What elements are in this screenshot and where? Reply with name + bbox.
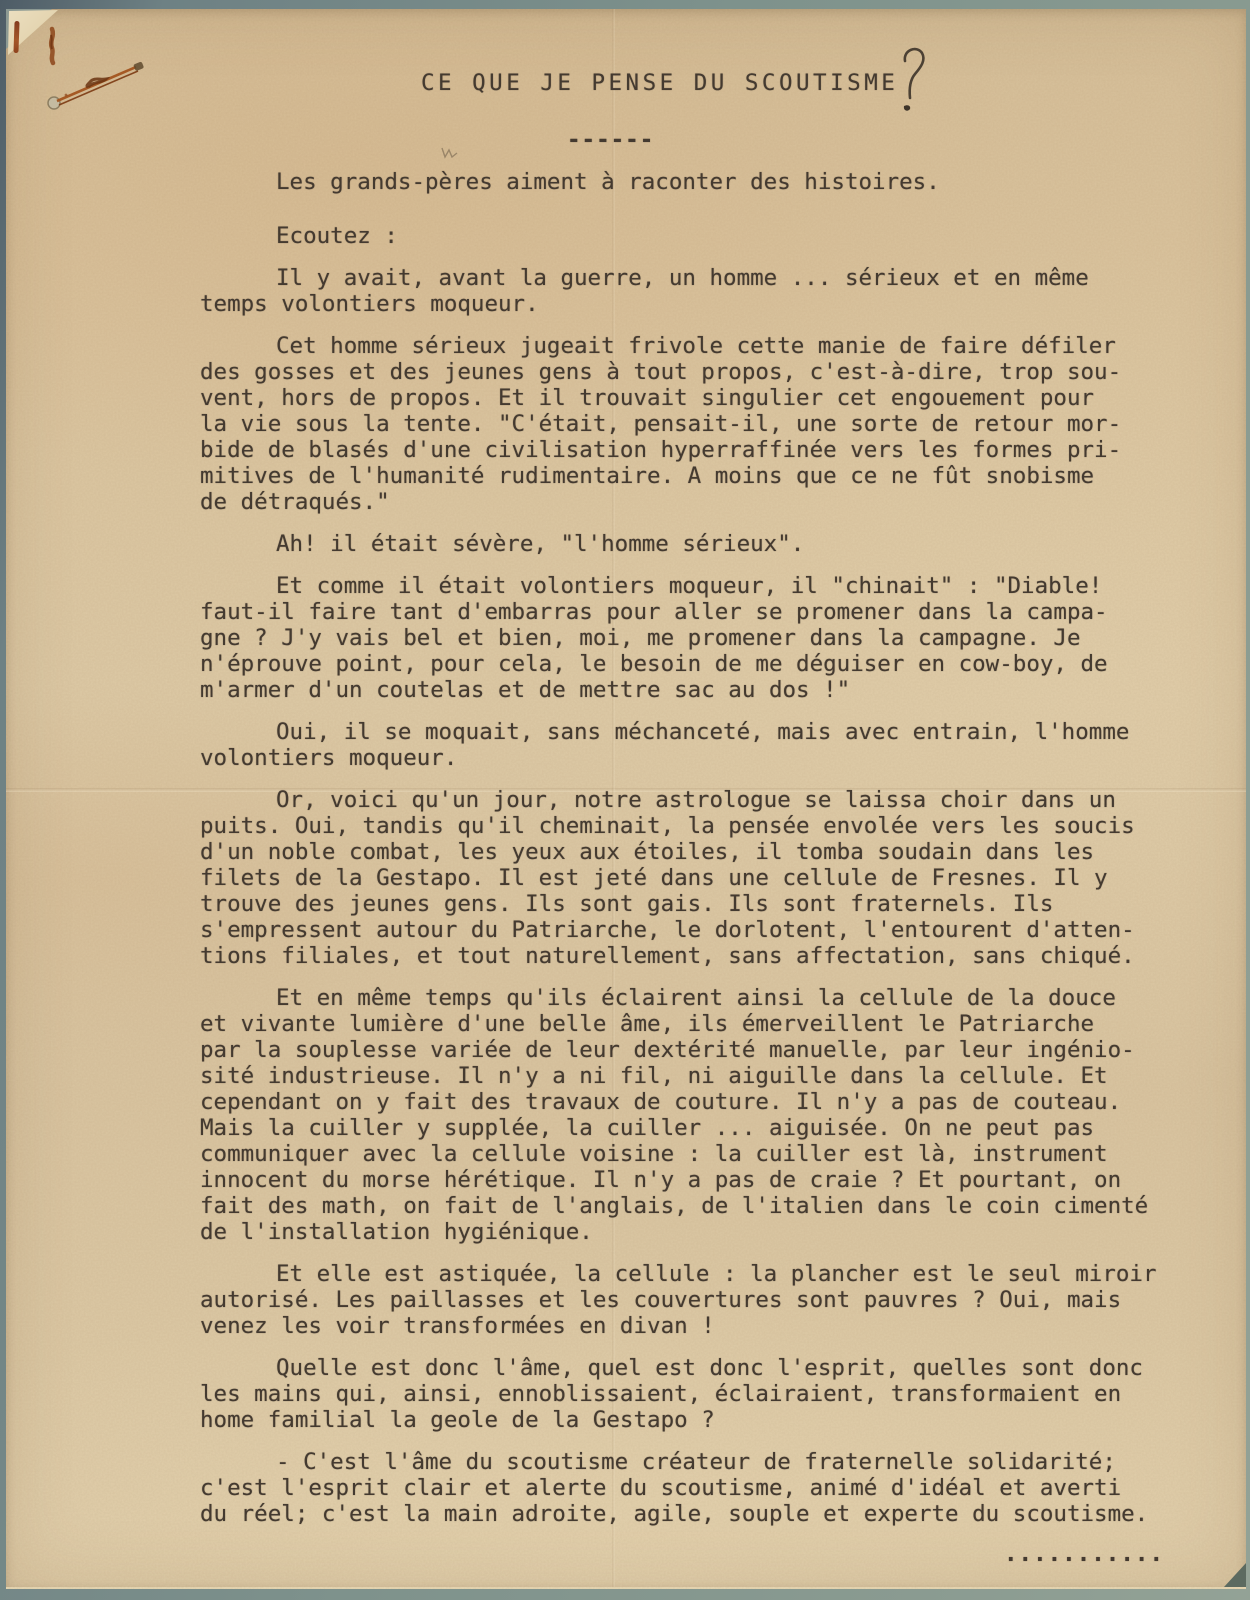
typed-line: du réel; c'est la main adroite, agile, s…	[200, 1501, 1218, 1527]
paragraph: Cet homme sérieux jugeait frivole cette …	[200, 333, 1218, 515]
typed-line: Les grands-pères aiment à raconter des h…	[200, 169, 1218, 195]
typed-line: Et comme il était volontiers moqueur, il…	[200, 573, 1218, 599]
typed-line: gne ? J'y vais bel et bien, moi, me prom…	[200, 625, 1218, 651]
typed-line: m'armer d'un coutelas et de mettre sac a…	[200, 677, 1218, 703]
typed-line: mitives de l'humanité rudimentaire. A mo…	[200, 463, 1218, 489]
typed-line: d'un noble combat, les yeux aux étoiles,…	[200, 839, 1218, 865]
closing-ellipsis: ...........	[6, 1541, 1246, 1567]
typed-line: sité industrieuse. Il n'y a ni fil, ni a…	[200, 1063, 1218, 1089]
typed-line: vent, hors de propos. Et il trouvait sin…	[200, 385, 1218, 411]
typed-line: faut-il faire tant d'embarras pour aller…	[200, 599, 1218, 625]
typed-line: Cet homme sérieux jugeait frivole cette …	[200, 333, 1218, 359]
typed-line: volontiers moqueur.	[200, 745, 1218, 771]
typed-line: Il y avait, avant la guerre, un homme ..…	[200, 265, 1218, 291]
typed-line: temps volontiers moqueur.	[200, 291, 1218, 317]
paragraph: - C'est l'âme du scoutisme créateur de f…	[200, 1449, 1218, 1527]
typed-line: Mais la cuiller y supplée, la cuiller ..…	[200, 1115, 1218, 1141]
paragraph: Et en même temps qu'ils éclairent ainsi …	[200, 985, 1218, 1245]
typed-line: de l'installation hygiénique.	[200, 1219, 1218, 1245]
typed-line: Ah! il était sévère, "l'homme sérieux".	[200, 531, 1218, 557]
typed-line: la vie sous la tente. "C'était, pensait-…	[200, 411, 1218, 437]
typed-line: venez les voir transformées en divan !	[200, 1313, 1218, 1339]
typed-line: n'éprouve point, pour cela, le besoin de…	[200, 651, 1218, 677]
typed-line: bide de blasés d'une civilisation hyperr…	[200, 437, 1218, 463]
typed-line: trouve des jeunes gens. Ils sont gais. I…	[200, 891, 1218, 917]
typed-document: CE QUE JE PENSE DU SCOUTISME ------ Les …	[6, 9, 1246, 1587]
scanned-document-page: { "document": { "title": "CE QUE JE PENS…	[0, 0, 1250, 1600]
document-body: Les grands-pères aiment à raconter des h…	[6, 169, 1246, 1527]
typed-line: home familial la geole de la Gestapo ?	[200, 1407, 1218, 1433]
paragraph: Les grands-pères aiment à raconter des h…	[200, 169, 1218, 195]
paragraph: Quelle est donc l'âme, quel est donc l'e…	[200, 1355, 1218, 1433]
typed-line: s'empressent autour du Patriarche, le do…	[200, 917, 1218, 943]
typed-line: autorisé. Les paillasses et les couvertu…	[200, 1287, 1218, 1313]
typed-line: fait des math, on fait de l'anglais, de …	[200, 1193, 1218, 1219]
typed-line: - C'est l'âme du scoutisme créateur de f…	[200, 1449, 1218, 1475]
typed-line: Et en même temps qu'ils éclairent ainsi …	[200, 985, 1218, 1011]
typed-line: Et elle est astiquée, la cellule : la pl…	[200, 1261, 1218, 1287]
typed-line: innocent du morse hérétique. Il n'y a pa…	[200, 1167, 1218, 1193]
typed-line: cependant on y fait des travaux de coutu…	[200, 1089, 1218, 1115]
paper-sheet: ? CE QUE JE PENSE DU SCOUTISME ------ Le…	[6, 9, 1246, 1589]
title-separator-dashes: ------	[567, 127, 1246, 153]
typed-line: puits. Oui, tandis qu'il cheminait, la p…	[200, 813, 1218, 839]
typed-line: communiquer avec la cellule voisine : la…	[200, 1141, 1218, 1167]
typed-line: de détraqués."	[200, 489, 1218, 515]
typed-line: c'est l'esprit clair et alerte du scouti…	[200, 1475, 1218, 1501]
paragraph: Il y avait, avant la guerre, un homme ..…	[200, 265, 1218, 317]
typed-line: Or, voici qu'un jour, notre astrologue s…	[200, 787, 1218, 813]
typed-line: filets de la Gestapo. Il est jeté dans u…	[200, 865, 1218, 891]
paragraph: Et elle est astiquée, la cellule : la pl…	[200, 1261, 1218, 1339]
typed-line: et vivante lumière d'une belle âme, ils …	[200, 1011, 1218, 1037]
document-title: CE QUE JE PENSE DU SCOUTISME	[421, 70, 898, 96]
paragraph: Ecoutez :	[200, 223, 1218, 249]
paragraph: Or, voici qu'un jour, notre astrologue s…	[200, 787, 1218, 969]
typed-line: Ecoutez :	[200, 223, 1218, 249]
paragraph: Et comme il était volontiers moqueur, il…	[200, 573, 1218, 703]
typed-line: tions filiales, et tout naturellement, s…	[200, 943, 1218, 969]
paragraph: Ah! il était sévère, "l'homme sérieux".	[200, 531, 1218, 557]
typed-line: Quelle est donc l'âme, quel est donc l'e…	[200, 1355, 1218, 1381]
paragraph: Oui, il se moquait, sans méchanceté, mai…	[200, 719, 1218, 771]
typed-line: des gosses et des jeunes gens à tout pro…	[200, 359, 1218, 385]
typed-line: les mains qui, ainsi, ennoblissaient, éc…	[200, 1381, 1218, 1407]
typed-line: Oui, il se moquait, sans méchanceté, mai…	[200, 719, 1218, 745]
typed-line: par la souplesse variée de leur dextérit…	[200, 1037, 1218, 1063]
